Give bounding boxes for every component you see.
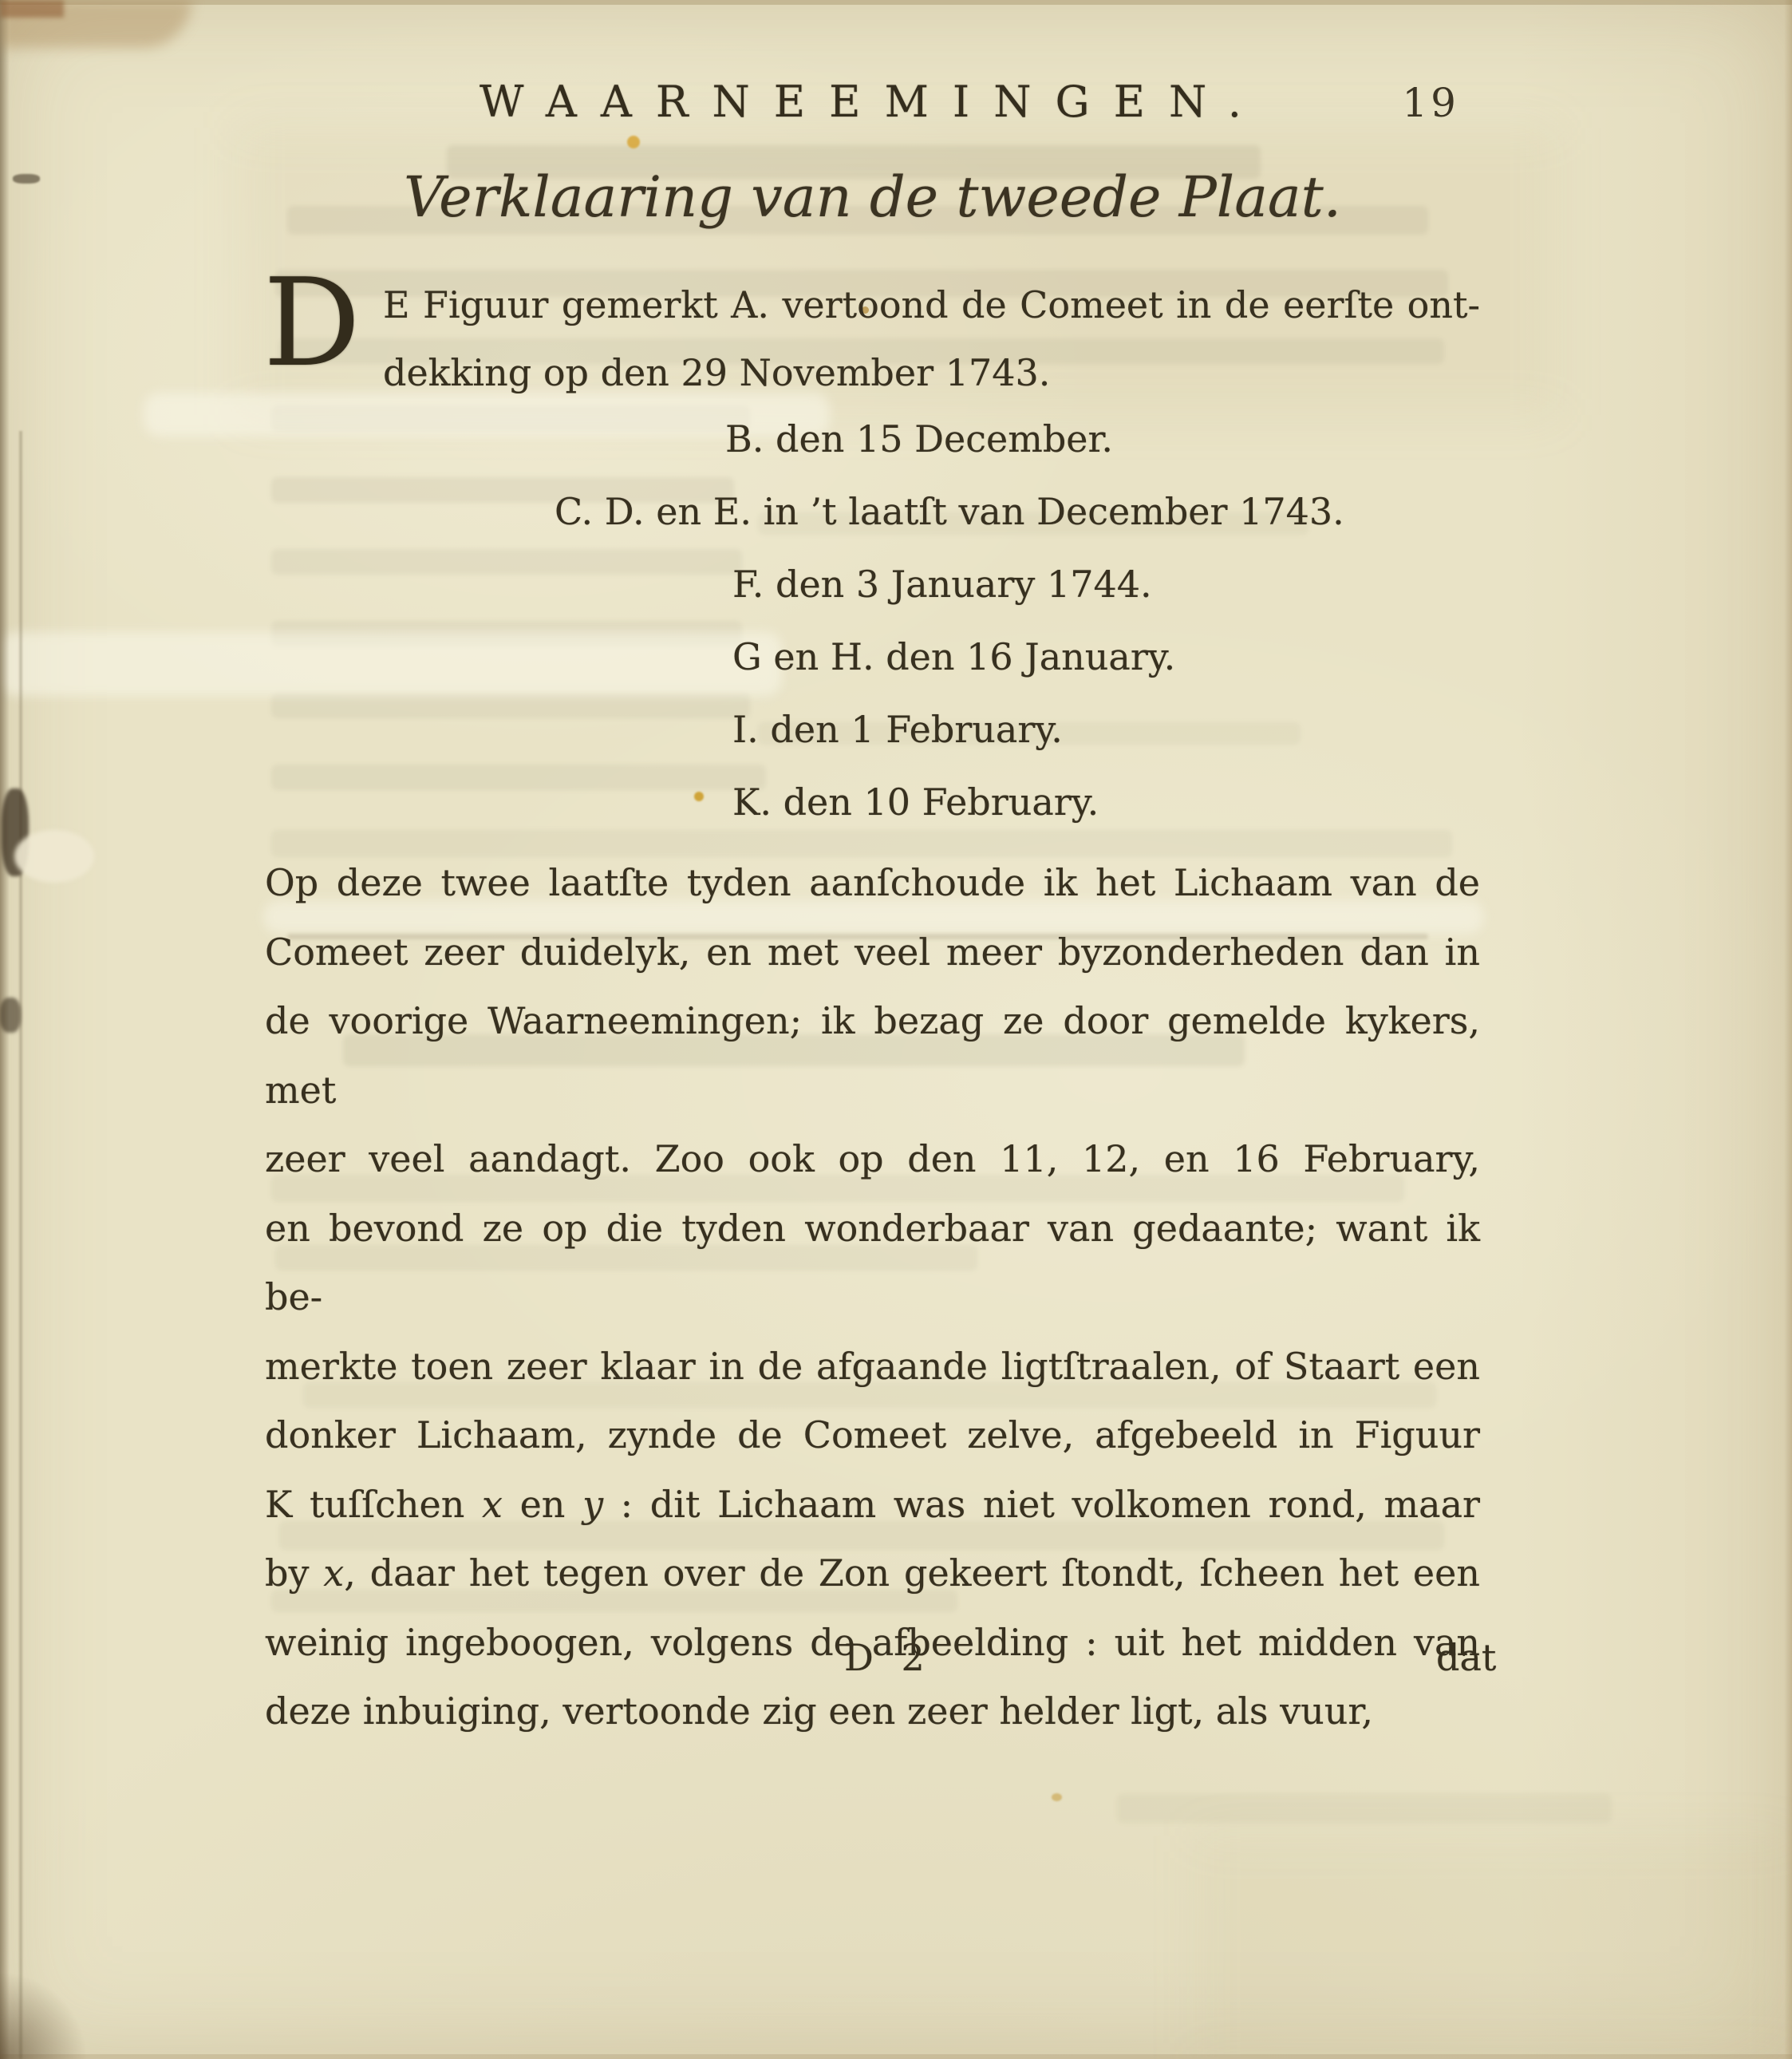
page-number: 19 <box>1402 80 1459 126</box>
figure-list-item: C. D. en E. in ’t laatſt van December 17… <box>555 476 1480 548</box>
line-text: K tuſſchen <box>265 1483 482 1526</box>
signature-mark: D 2 <box>844 1636 933 1679</box>
figure-list-item: G en H. den 16 January. <box>732 621 1480 694</box>
line-text: en <box>503 1483 582 1526</box>
paragraph-line: merkte toen zeer klaar in de afgaande li… <box>265 1332 1480 1401</box>
italic-variable-y: y <box>582 1483 603 1526</box>
line-text: : dit Lichaam was niet volkomen rond, ma… <box>603 1483 1480 1526</box>
paper-speck <box>13 174 40 184</box>
figure-list-item: K. den 10 February. <box>732 766 1480 839</box>
paragraph-line: zeer veel aandagt. Zoo ook op den 11, 12… <box>265 1124 1480 1194</box>
book-page-scan: WAARNEEMINGEN. 19 Verklaaring van de twe… <box>0 0 1792 2059</box>
running-header-title: WAARNEEMINGEN. <box>265 77 1480 127</box>
paper-shade-bottom <box>1197 1836 1792 2059</box>
line-text: , daar het tegen over de Zon gekeert ſto… <box>344 1551 1480 1595</box>
figure-list-item: I. den 1 February. <box>732 694 1480 766</box>
paper-speck <box>1052 1793 1062 1801</box>
paragraph-line: donker Lichaam, zynde de Comeet zelve, a… <box>265 1401 1480 1470</box>
paragraph-line: E Figuur gemerkt A. vertoond de Comeet i… <box>383 271 1480 339</box>
figure-list: B. den 15 December. C. D. en E. in ’t la… <box>265 403 1480 839</box>
paragraph-line: by x, daar het tegen over de Zon gekeert… <box>265 1539 1480 1608</box>
paragraph-line: en bevond ze op die tyden wonderbaar van… <box>265 1194 1480 1332</box>
binding-stitch <box>0 998 21 1033</box>
paragraph-line: Op deze twee laatſte tyden aanſchoude ik… <box>265 848 1480 918</box>
binding-edge <box>0 0 10 2059</box>
main-paragraph: Op deze twee laatſte tyden aanſchoude ik… <box>265 848 1480 1746</box>
paragraph-line: Comeet zeer duidelyk, en met veel meer b… <box>265 918 1480 987</box>
page-top-edge <box>0 0 1792 5</box>
line-text: by <box>265 1551 323 1595</box>
page-bottom-edge <box>0 2054 1792 2059</box>
figure-list-item: B. den 15 December. <box>725 403 1480 476</box>
paragraph-line: dekking op den 29 November 1743. <box>383 339 1480 407</box>
corner-smudge-topleft-dark <box>0 0 64 18</box>
figure-list-item: F. den 3 January 1744. <box>732 548 1480 621</box>
paragraph-line: K tuſſchen x en y : dit Lichaam was niet… <box>265 1470 1480 1539</box>
paper-shade-right <box>1516 0 1792 2059</box>
opening-paragraph: D E Figuur gemerkt A. vertoond de Comeet… <box>265 271 1480 407</box>
running-head: WAARNEEMINGEN. 19 <box>265 77 1480 140</box>
drop-cap: D <box>263 279 361 367</box>
corner-shadow-bottomleft <box>0 1971 88 2059</box>
catchword: dat <box>1436 1636 1496 1679</box>
italic-variable-x: x <box>323 1551 344 1595</box>
page-footer: D 2 dat <box>265 1636 1480 1692</box>
binding-crease <box>19 431 22 2059</box>
page-right-edge <box>1784 0 1792 2059</box>
ghost-text-streak <box>1117 1794 1612 1823</box>
paragraph-line: de voorige Waarneemingen; ik bezag ze do… <box>265 986 1480 1124</box>
binding-thread <box>14 830 94 883</box>
section-heading: Verklaaring van de tweede Plaat. <box>265 164 1480 230</box>
binding-stitch <box>2 788 29 876</box>
italic-variable-x: x <box>482 1483 503 1526</box>
corner-smudge-topleft <box>0 0 191 48</box>
